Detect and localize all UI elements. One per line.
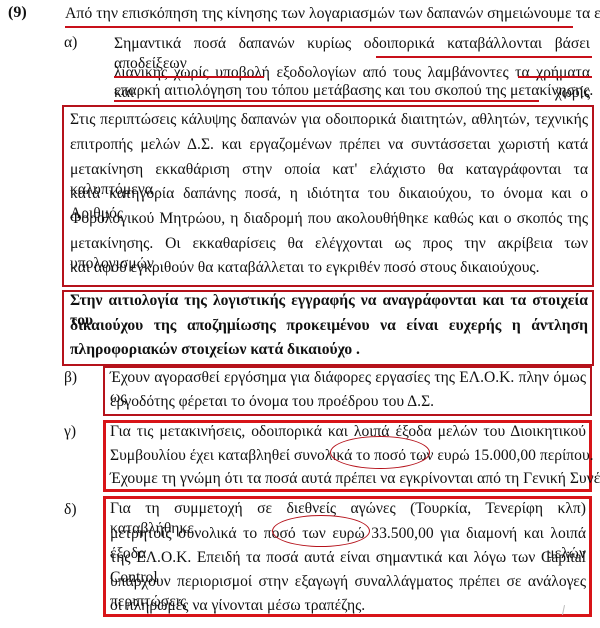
section-heading: Από την επισκόπηση της κίνησης των λογαρ…	[65, 4, 600, 24]
amount-circle-15000	[330, 436, 430, 469]
amount-circle-33500	[272, 515, 370, 547]
item-b-line-2: εργοδότης φέρεται το όνομα του προέδρου …	[110, 392, 434, 412]
rec1-line-7: και αφού εγκριθούν θα καταβάλλεται το εγ…	[70, 258, 540, 278]
rec1-line-2: επιτροπής μελών Δ.Σ. και εργαζομένων πρέ…	[70, 135, 588, 155]
rec1-line-1: Στις περιπτώσεις κάλυψης δαπανών για οδο…	[70, 110, 588, 130]
rec2-line-3: πληροφοριακών στοιχείων κατά δικαιούχο .	[70, 340, 360, 360]
underline-eparki	[114, 100, 539, 102]
underline-kai-xoris	[518, 76, 592, 78]
item-marker-c: γ)	[64, 423, 76, 441]
item-marker-d: δ)	[64, 501, 77, 519]
heading-underline	[65, 26, 573, 28]
item-d-line-5: οι πληρωμές να γίνονται μέσω τραπέζης.	[110, 596, 365, 616]
section-number: (9)	[8, 4, 27, 22]
item-marker-b: β)	[64, 369, 77, 387]
underline-lianikis	[114, 76, 264, 78]
item-c-line-3: Έχουμε τη γνώμη ότι τα ποσά αυτά πρέπει …	[110, 469, 600, 489]
rec2-line-2: δικαιούχου της αποζημίωσης προκειμένου ν…	[70, 316, 588, 336]
rec1-line-5: Φορολογικού Μητρώου, η διαδρομή που ακολ…	[70, 209, 588, 229]
item-marker-a: α)	[64, 34, 77, 52]
underline-kataballontai	[376, 56, 592, 58]
item-a-line-3: επαρκή αιτιολόγηση του τόπου μετάβασης κ…	[114, 81, 593, 101]
